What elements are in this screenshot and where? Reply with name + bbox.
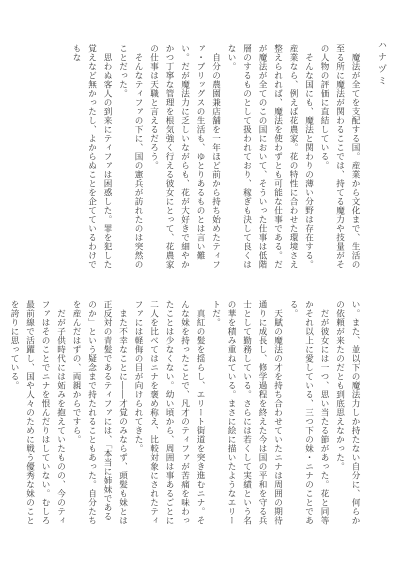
paragraph: また不幸なことに――才覚のみならず、頭髪も妹とは正反対の青髪であるティファには、… — [68, 300, 130, 528]
paragraph: 思わぬ客人の到来にティファは困惑した。罪を犯した覚えなど無かったし、よからぬこと… — [68, 44, 115, 272]
paragraph: 魔法が全てを支配する国。産業から文化まで、生活の至る所に魔法が関わるここでは、持… — [316, 44, 363, 272]
book-page: ハナヅミ 魔法が全てを支配する国。産業から文化まで、生活の至る所に魔法が関わるこ… — [0, 0, 400, 568]
paragraph: 天賦の魔法の才を持ち合わせていたニナは周囲の期待通りに成長し、修学過程を終えた今… — [207, 300, 285, 528]
paragraph: だが彼女には一つ、思い当たる節があった。花と同等かそれ以上に愛している、三つ下の… — [285, 300, 332, 528]
chapter-title: ハナヅミ — [375, 40, 388, 88]
paragraph: だが子供時代には妬みを抱えていたものの、今のティファはそのことでニナを恨んだりは… — [6, 300, 68, 528]
paragraph: そんなティファの下に、国の憲兵が訪れたのは突然のことだった。 — [114, 44, 145, 272]
lower-text-block: い。また、並以下の魔法力しか持たない自分に、何らかの依頼が来たのだとも到底思えな… — [77, 300, 362, 528]
paragraph: 自分の農園兼店舗を一年ほど前から持ち始めたティファ・ブリッグスの生活も、ゆとりあ… — [145, 44, 223, 272]
paragraph: そんな国にも、魔法と関わりの薄い分野は存在する。産業なら、例えば花農家。花の特性… — [223, 44, 316, 272]
upper-text-block: 魔法が全てを支配する国。産業から文化まで、生活の至る所に魔法が関わるここでは、持… — [32, 44, 362, 272]
paragraph: い。また、並以下の魔法力しか持たない自分に、何らかの依頼が来たのだとも到底思えな… — [331, 300, 362, 528]
paragraph: 真紅の髪を揺らし、エリート街道を突き進むニナ。そんな妹を持ったことで、凡才のティ… — [130, 300, 208, 528]
